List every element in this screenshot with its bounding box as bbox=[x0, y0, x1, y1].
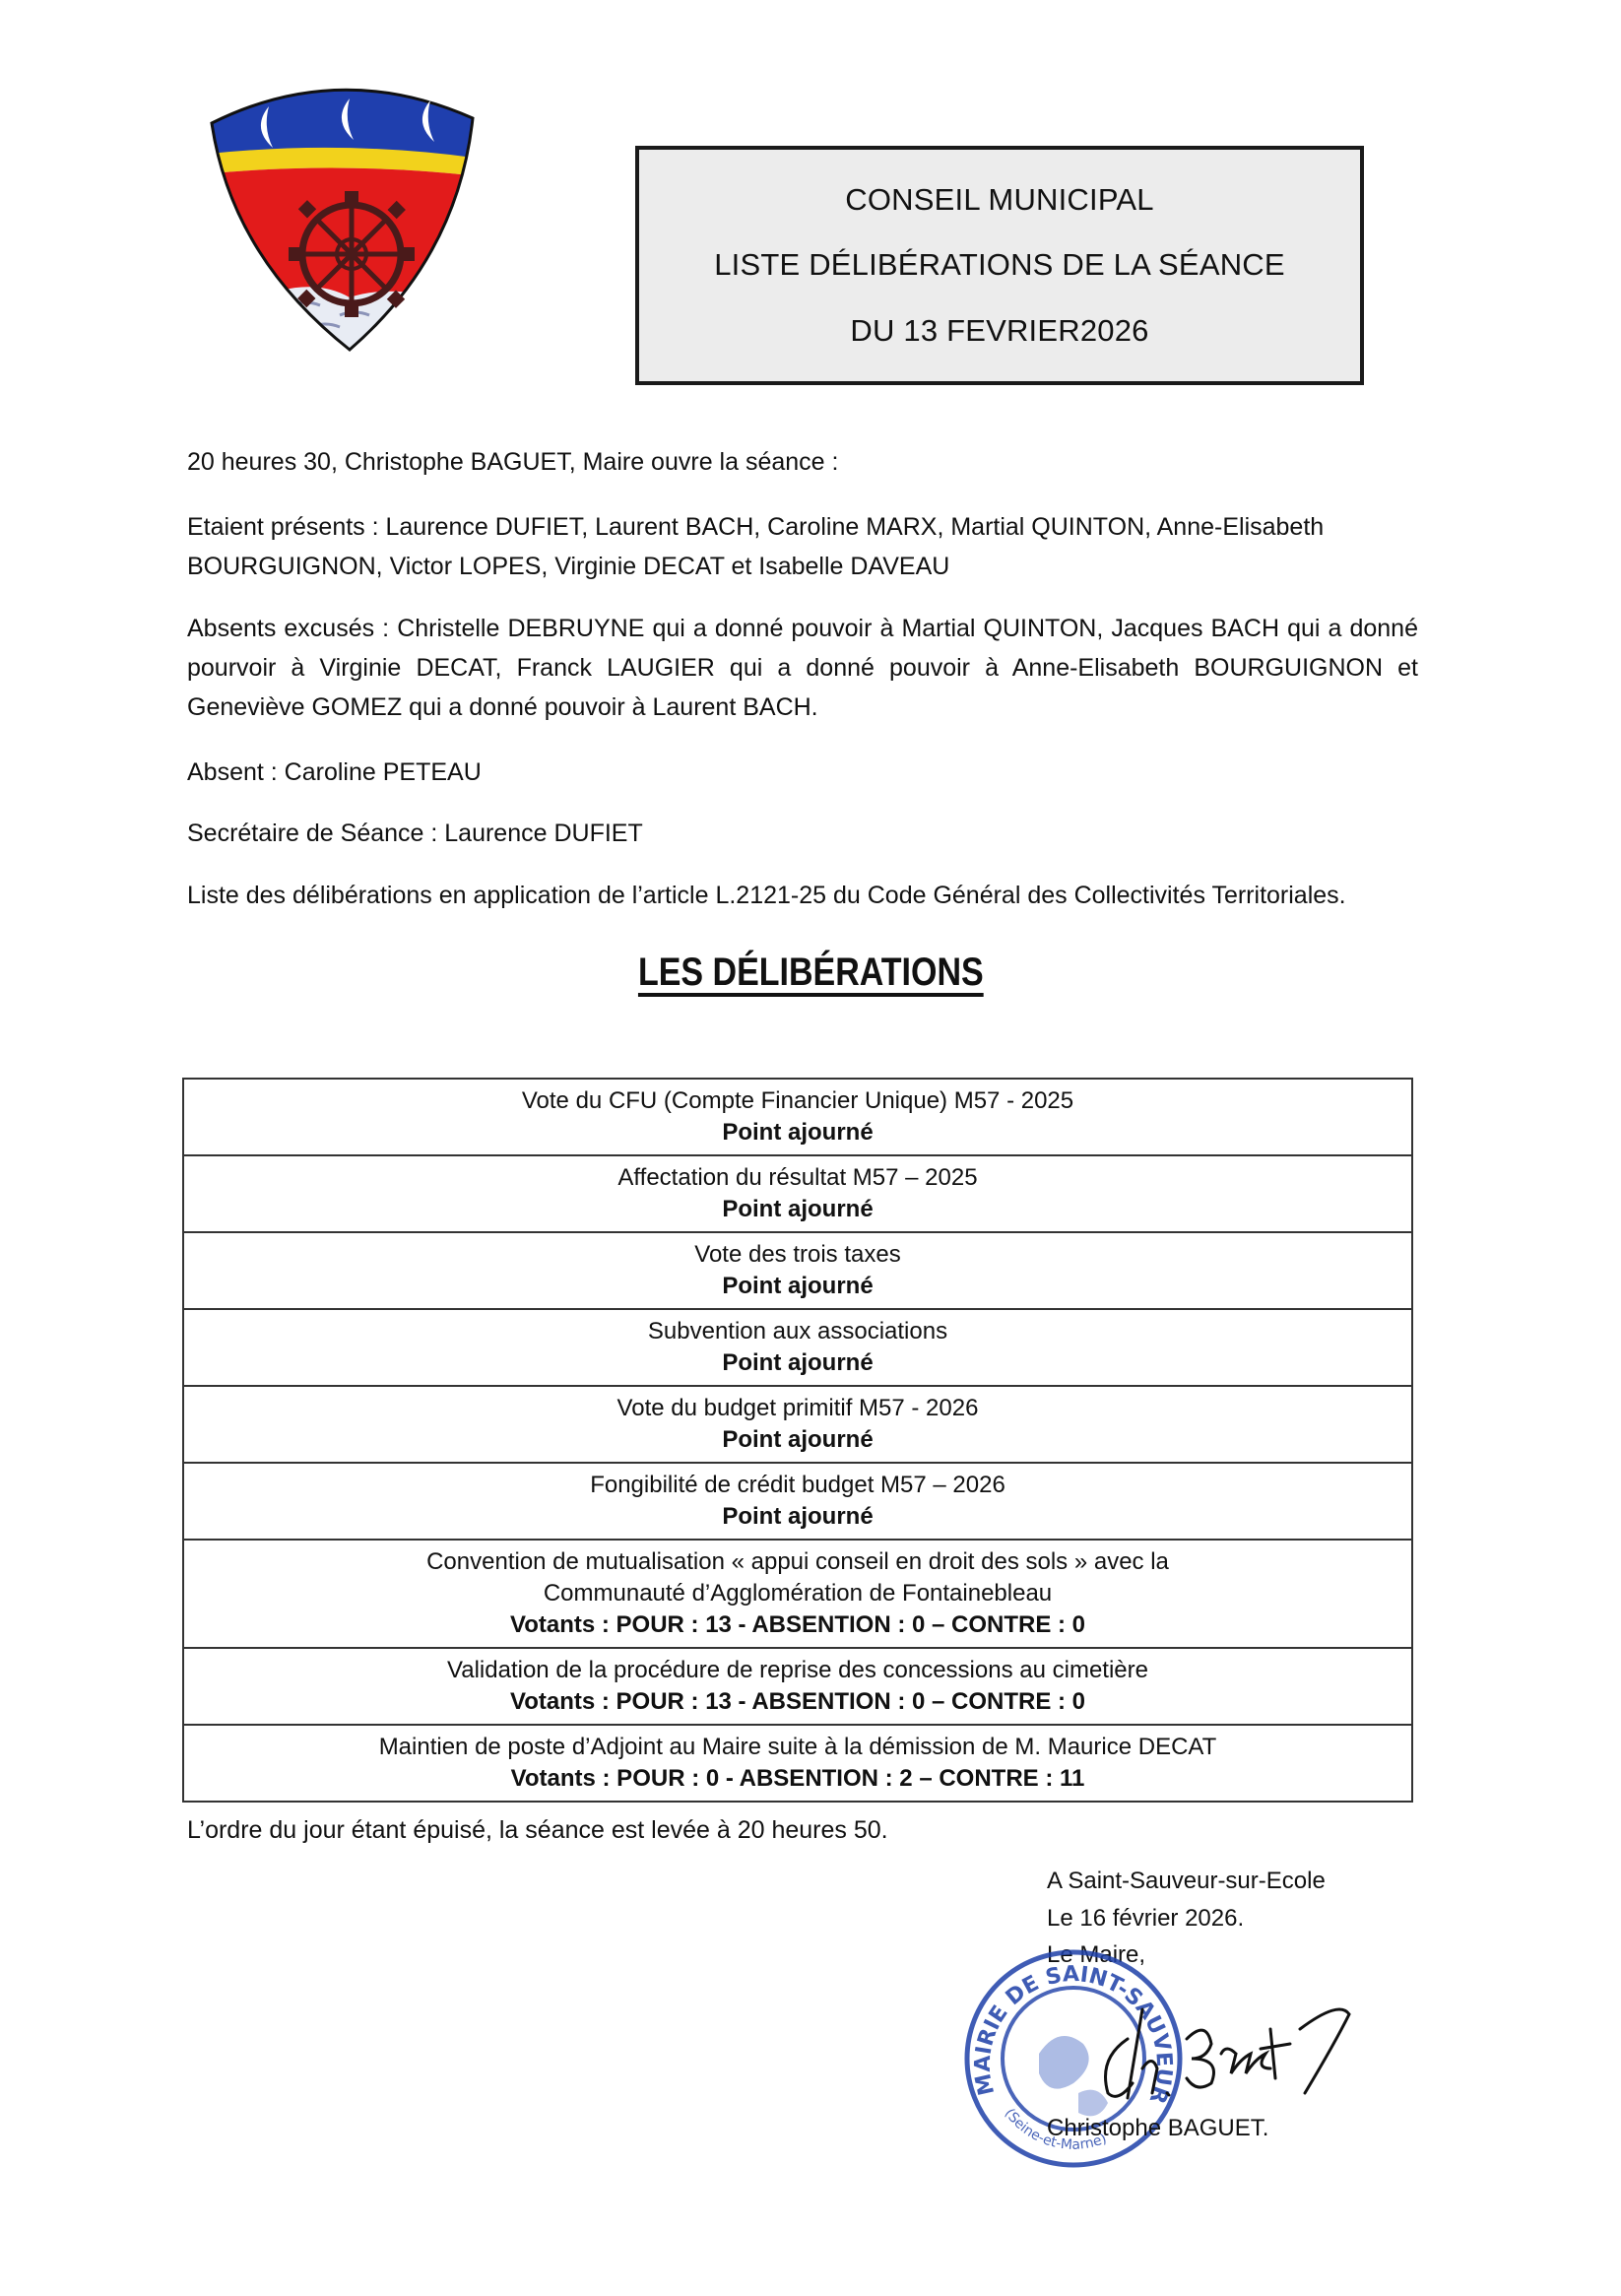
table-row: Vote du CFU (Compte Financier Unique) M5… bbox=[183, 1079, 1412, 1155]
table-row: Convention de mutualisation « appui cons… bbox=[183, 1540, 1412, 1648]
table-row: Validation de la procédure de reprise de… bbox=[183, 1648, 1412, 1725]
title-line-list: LISTE DÉLIBÉRATIONS DE LA SÉANCE bbox=[714, 247, 1285, 283]
excused-members: Absents excusés : Christelle DEBRUYNE qu… bbox=[187, 609, 1418, 727]
table-row: Vote des trois taxes Point ajourné bbox=[183, 1232, 1412, 1309]
opening-text: 20 heures 30, Christophe BAGUET, Maire o… bbox=[187, 442, 1418, 482]
closing-text: L’ordre du jour étant épuisé, la séance … bbox=[187, 1810, 1418, 1850]
handwritten-signature-icon bbox=[1073, 2000, 1369, 2108]
deliberations-table: Vote du CFU (Compte Financier Unique) M5… bbox=[182, 1078, 1413, 1803]
signature-place: A Saint-Sauveur-sur-Ecole bbox=[1047, 1864, 1326, 1899]
section-heading: LES DÉLIBÉRATIONS bbox=[0, 951, 1621, 995]
session-secretary: Secrétaire de Séance : Laurence DUFIET bbox=[187, 814, 1418, 853]
coat-of-arms-icon bbox=[192, 69, 487, 355]
table-row: Vote du budget primitif M57 - 2026 Point… bbox=[183, 1386, 1412, 1463]
deliberations-heading: LES DÉLIBÉRATIONS bbox=[638, 951, 984, 995]
signature-date: Le 16 février 2026. bbox=[1047, 1901, 1244, 1936]
table-row: Maintien de poste d’Adjoint au Maire sui… bbox=[183, 1725, 1412, 1802]
title-line-date: DU 13 FEVRIER2026 bbox=[850, 313, 1148, 349]
table-row: Affectation du résultat M57 – 2025 Point… bbox=[183, 1155, 1412, 1232]
title-line-council: CONSEIL MUNICIPAL bbox=[845, 182, 1153, 218]
legal-reference: Liste des délibérations en application d… bbox=[187, 876, 1418, 915]
document-title-box: CONSEIL MUNICIPAL LISTE DÉLIBÉRATIONS DE… bbox=[635, 146, 1364, 385]
table-row: Fongibilité de crédit budget M57 – 2026 … bbox=[183, 1463, 1412, 1540]
present-members: Etaient présents : Laurence DUFIET, Laur… bbox=[187, 507, 1418, 586]
table-row: Subvention aux associations Point ajourn… bbox=[183, 1309, 1412, 1386]
signatory-name: Christophe BAGUET. bbox=[1047, 2111, 1268, 2146]
absent-members: Absent : Caroline PETEAU bbox=[187, 753, 1418, 792]
